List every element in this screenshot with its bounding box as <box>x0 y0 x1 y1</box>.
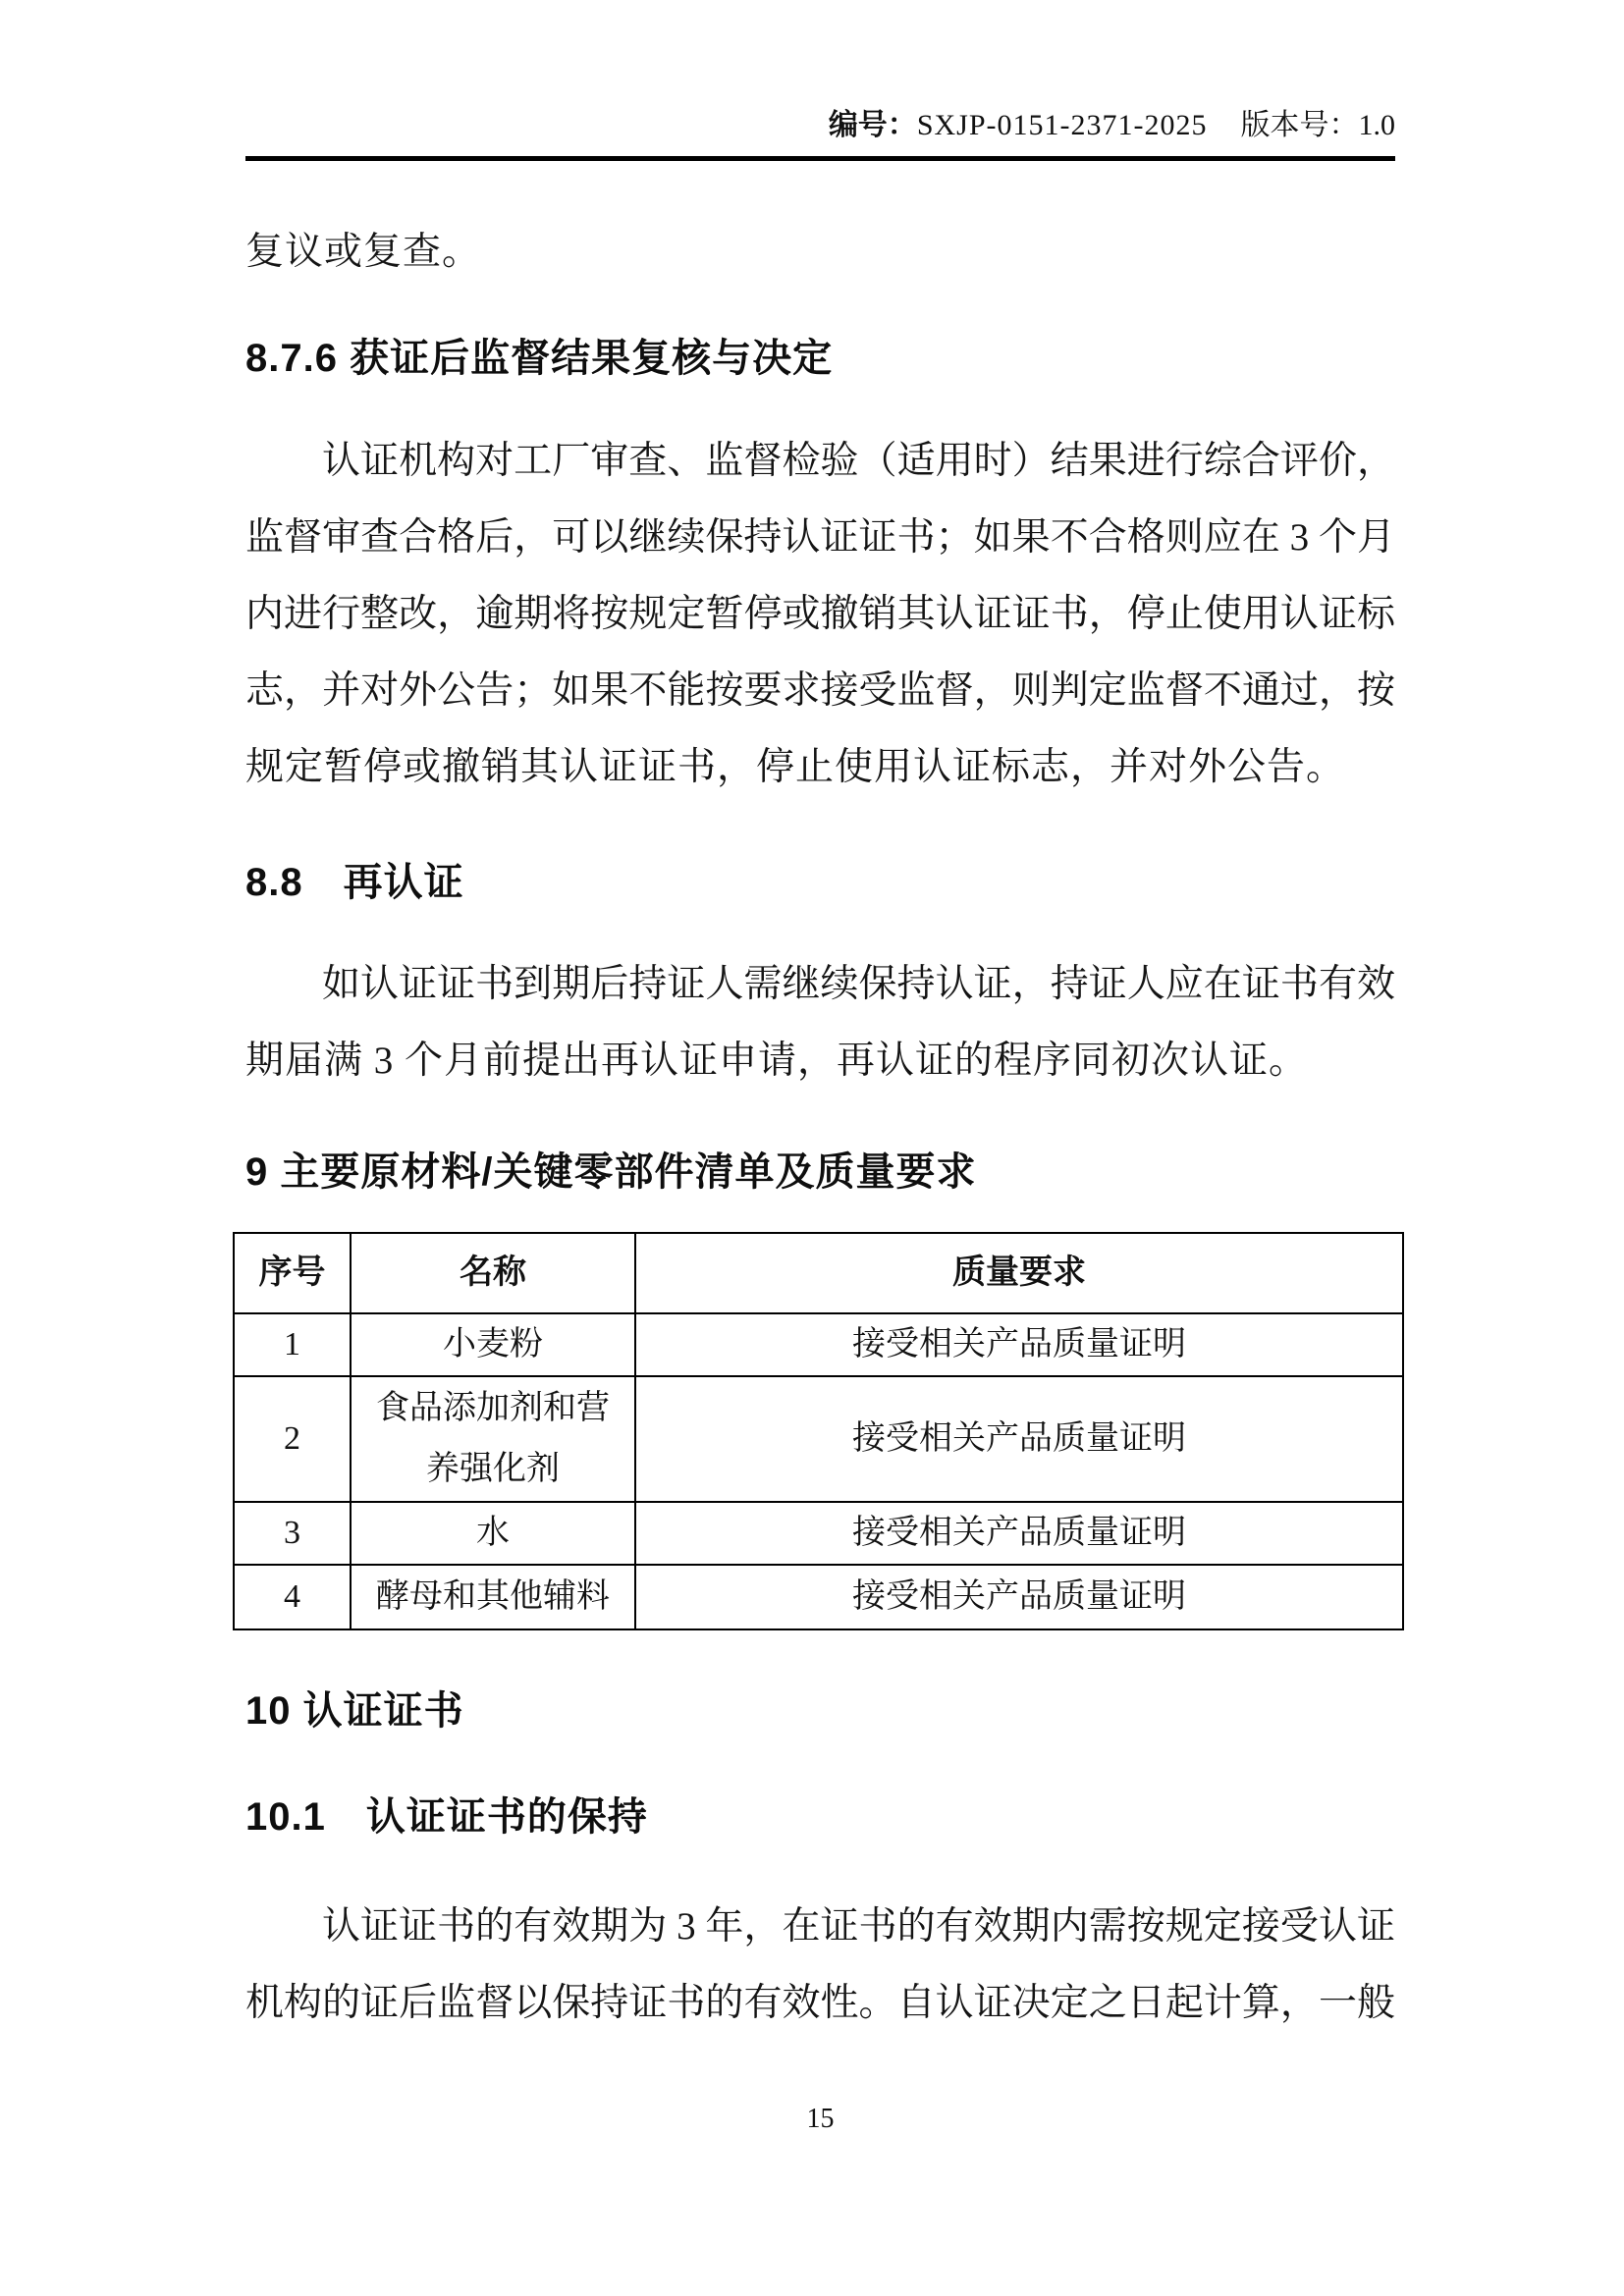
heading-8-8: 8.8 再认证 <box>245 858 1395 907</box>
paragraph-line: 复议或复查。 <box>245 228 1395 277</box>
col-header-name: 名称 <box>351 1233 635 1313</box>
cell-name: 水 <box>351 1502 635 1565</box>
heading-10-1: 10.1 认证证书的保持 <box>245 1792 1395 1842</box>
paragraph-line: 认证证书的有效期为 3 年，在证书的有效期内需按规定接受认证 <box>245 1889 1395 1965</box>
heading-8-7-6: 8.7.6 获证后监督结果复核与决定 <box>245 334 1395 383</box>
cell-index: 1 <box>234 1313 351 1376</box>
cell-index: 3 <box>234 1502 351 1565</box>
table-header-row: 序号 名称 质量要求 <box>234 1233 1403 1313</box>
col-header-requirement: 质量要求 <box>635 1233 1403 1313</box>
version-value: 1.0 <box>1359 109 1396 141</box>
table-row: 4 酵母和其他辅料 接受相关产品质量证明 <box>234 1565 1403 1629</box>
paragraph-line: 志，并对外公告；如果不能按要求接受监督，则判定监督不通过，按 <box>245 653 1395 729</box>
version-label: 版本号： <box>1241 109 1359 141</box>
table-row: 3 水 接受相关产品质量证明 <box>234 1502 1403 1565</box>
table-row: 1 小麦粉 接受相关产品质量证明 <box>234 1313 1403 1376</box>
paragraph-line: 期届满 3 个月前提出再认证申请，再认证的程序同初次认证。 <box>245 1023 1395 1099</box>
table-row: 2 食品添加剂和营养强化剂 接受相关产品质量证明 <box>234 1376 1403 1502</box>
cell-name: 小麦粉 <box>351 1313 635 1376</box>
paragraph-8-7-6: 认证机构对工厂审查、监督检验（适用时）结果进行综合评价， 监督审查合格后，可以继… <box>245 423 1395 806</box>
paragraph-line: 认证机构对工厂审查、监督检验（适用时）结果进行综合评价， <box>245 423 1395 500</box>
paragraph-8-8: 如认证证书到期后持证人需继续保持认证，持证人应在证书有效 期届满 3 个月前提出… <box>245 946 1395 1099</box>
cell-requirement: 接受相关产品质量证明 <box>635 1565 1403 1629</box>
document-header: 编号：SXJP-0151-2371-2025版本号：1.0 <box>245 0 1395 143</box>
doc-number-label: 编号： <box>829 109 917 141</box>
paragraph-line: 如认证证书到期后持证人需继续保持认证，持证人应在证书有效 <box>245 946 1395 1023</box>
cell-name: 酵母和其他辅料 <box>351 1565 635 1629</box>
paragraph-10-1: 认证证书的有效期为 3 年，在证书的有效期内需按规定接受认证 机构的证后监督以保… <box>245 1889 1395 2042</box>
heading-10: 10 认证证书 <box>245 1686 1395 1735</box>
cell-requirement: 接受相关产品质量证明 <box>635 1502 1403 1565</box>
header-divider-line <box>245 156 1395 161</box>
cell-requirement: 接受相关产品质量证明 <box>635 1376 1403 1502</box>
carryover-paragraph: 复议或复查。 <box>245 228 1395 277</box>
page-number: 15 <box>245 2103 1395 2136</box>
heading-9: 9 主要原材料/关键零部件清单及质量要求 <box>245 1148 1395 1197</box>
col-header-index: 序号 <box>234 1233 351 1313</box>
paragraph-line: 机构的证后监督以保持证书的有效性。自认证决定之日起计算，一般 <box>245 1965 1395 2042</box>
doc-number-value: SXJP-0151-2371-2025 <box>917 109 1208 141</box>
cell-requirement: 接受相关产品质量证明 <box>635 1313 1403 1376</box>
document-page: 编号：SXJP-0151-2371-2025版本号：1.0 复议或复查。 8.7… <box>0 0 1624 2296</box>
paragraph-line: 内进行整改，逾期将按规定暂停或撤销其认证证书，停止使用认证标 <box>245 576 1395 653</box>
cell-name: 食品添加剂和营养强化剂 <box>351 1376 635 1502</box>
paragraph-line: 规定暂停或撤销其认证证书，停止使用认证标志，并对外公告。 <box>245 729 1395 806</box>
cell-index: 2 <box>234 1376 351 1502</box>
page-content: 编号：SXJP-0151-2371-2025版本号：1.0 复议或复查。 8.7… <box>245 0 1395 2136</box>
paragraph-line: 监督审查合格后，可以继续保持认证证书；如果不合格则应在 3 个月 <box>245 500 1395 576</box>
cell-index: 4 <box>234 1565 351 1629</box>
materials-table: 序号 名称 质量要求 1 小麦粉 接受相关产品质量证明 2 食品添加剂和营养强化… <box>233 1232 1404 1630</box>
